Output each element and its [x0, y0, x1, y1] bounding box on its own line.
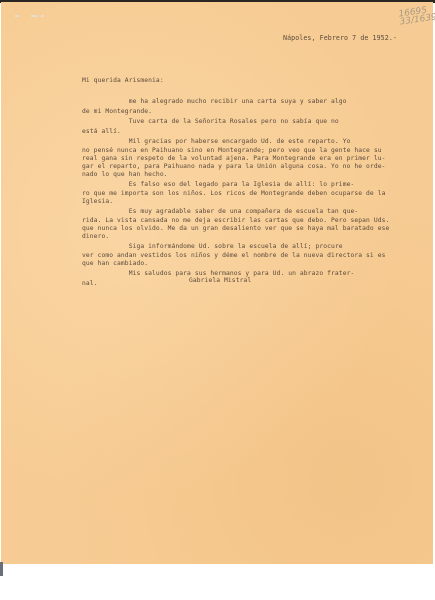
archive-number-annotation: 16695 33/1639 — [398, 5, 435, 26]
body-line: Iglesia. — [82, 198, 113, 206]
paper-marks — [15, 15, 45, 17]
body-line: Siga informándome Ud. sobre la escuela d… — [82, 243, 343, 251]
scan-left-edge — [0, 562, 3, 576]
body-line: dinero. — [82, 233, 109, 241]
body-line: que han cambiado. — [82, 260, 148, 268]
body-line: Es falso eso del legado para la Iglesia … — [82, 181, 354, 189]
body-line: Tuve carta de la Señorita Rosales pero n… — [82, 118, 339, 126]
body-line: me ha alegrado mucho recibir una carta s… — [82, 98, 347, 106]
body-line: que nunca los olvido. Me da un gran desa… — [82, 225, 389, 233]
salutation: Mi querida Arismenia: — [82, 77, 164, 85]
body-line: está allí. — [82, 128, 121, 136]
date-line: Nápoles, Febrero 7 de 1952.- — [283, 34, 397, 42]
body-line: Es muy agradable saber de una compañera … — [82, 208, 358, 216]
body-line: nado lo que han hecho. — [82, 171, 168, 179]
letter-page: 16695 33/1639 Nápoles, Febrero 7 de 1952… — [1, 2, 433, 564]
body-line: ro que me importa son los niños. Los ric… — [82, 190, 386, 198]
body-line: Mil gracias por haberse encargado Ud. de… — [82, 138, 350, 146]
body-line: nal. — [82, 280, 98, 288]
body-line: de mi Montegrande. — [82, 108, 152, 116]
signature: Gabriela Mistral — [189, 277, 251, 285]
